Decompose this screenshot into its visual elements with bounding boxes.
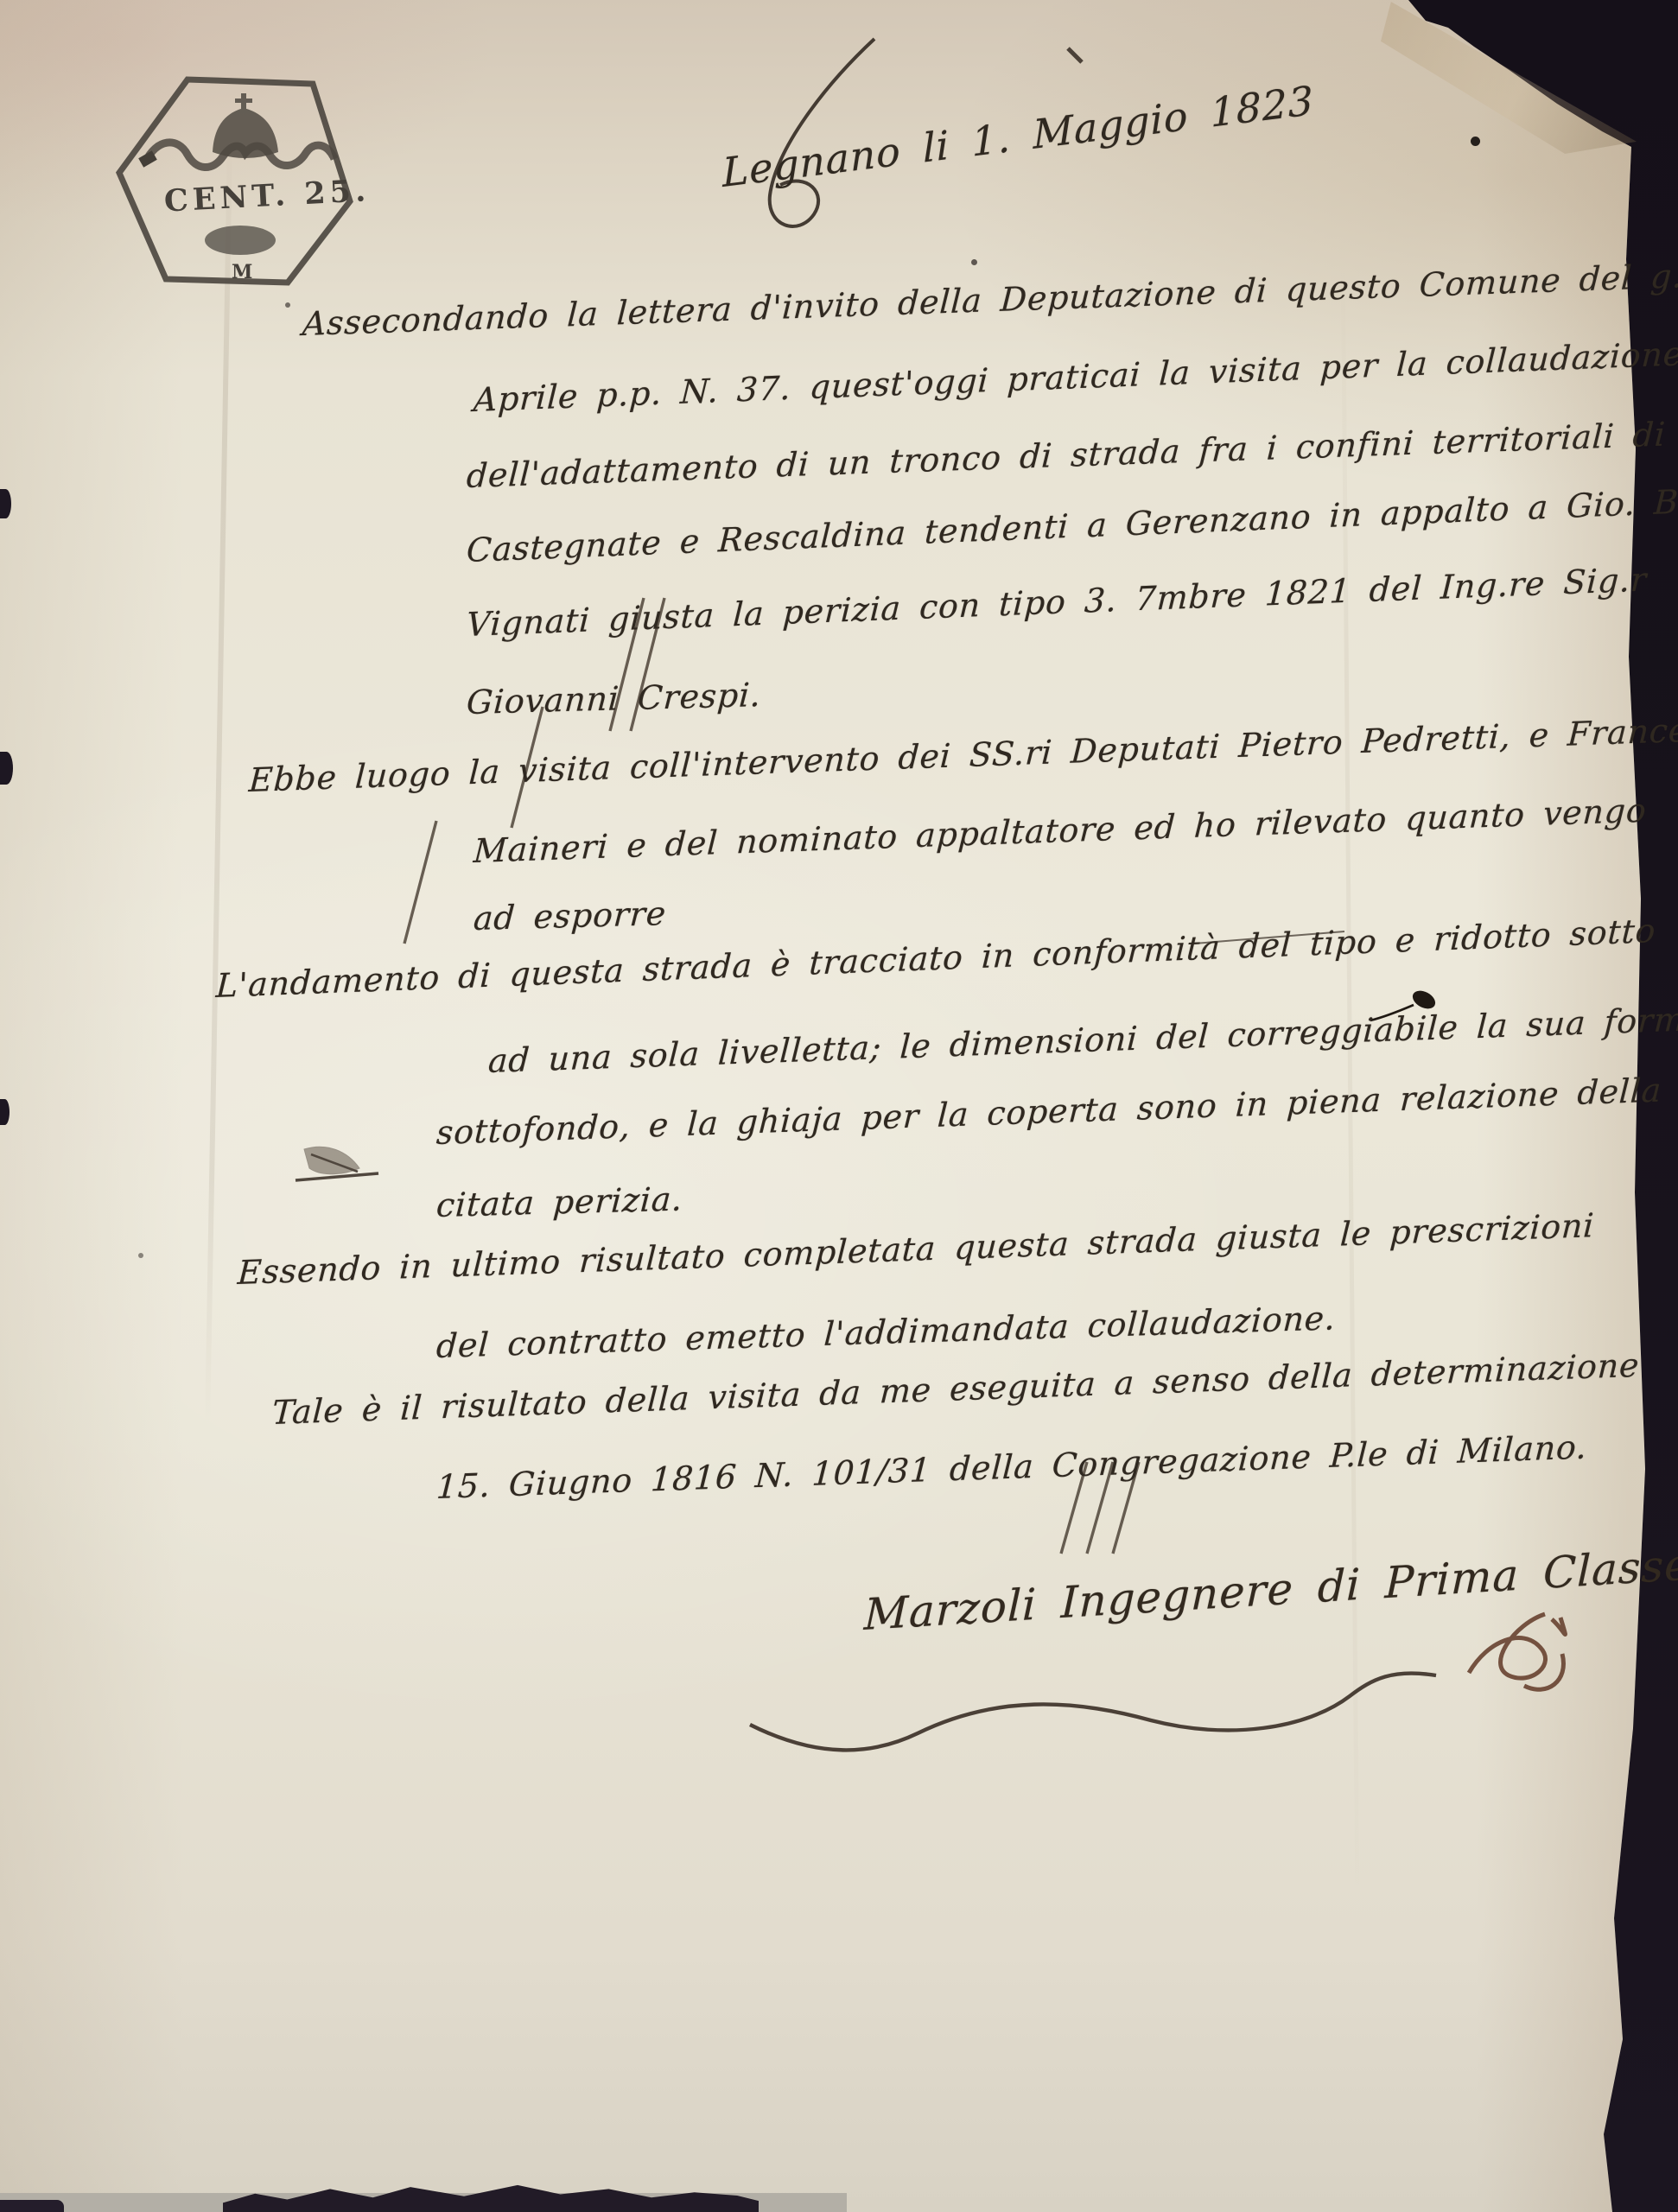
backdrop-corner-mark [0,2200,64,2212]
edge-mark [0,1099,10,1125]
photograph-backdrop: CENT. 25. M [0,0,1678,2212]
manuscript-line: Giovanni Crespi. [466,675,763,724]
manuscript-line: ad esporre [473,893,668,939]
signature-flourish [750,1673,1436,1750]
signature-paraph [1469,1614,1565,1689]
ink-speck [1471,137,1480,146]
manuscript-line: citata perizia. [435,1179,684,1226]
ink-speck [971,259,977,265]
edge-mark [0,489,11,518]
crossed-out-smudge [296,1147,378,1180]
edge-mark [0,752,13,785]
ink-speck [285,302,290,308]
ink-speck [138,1253,143,1258]
